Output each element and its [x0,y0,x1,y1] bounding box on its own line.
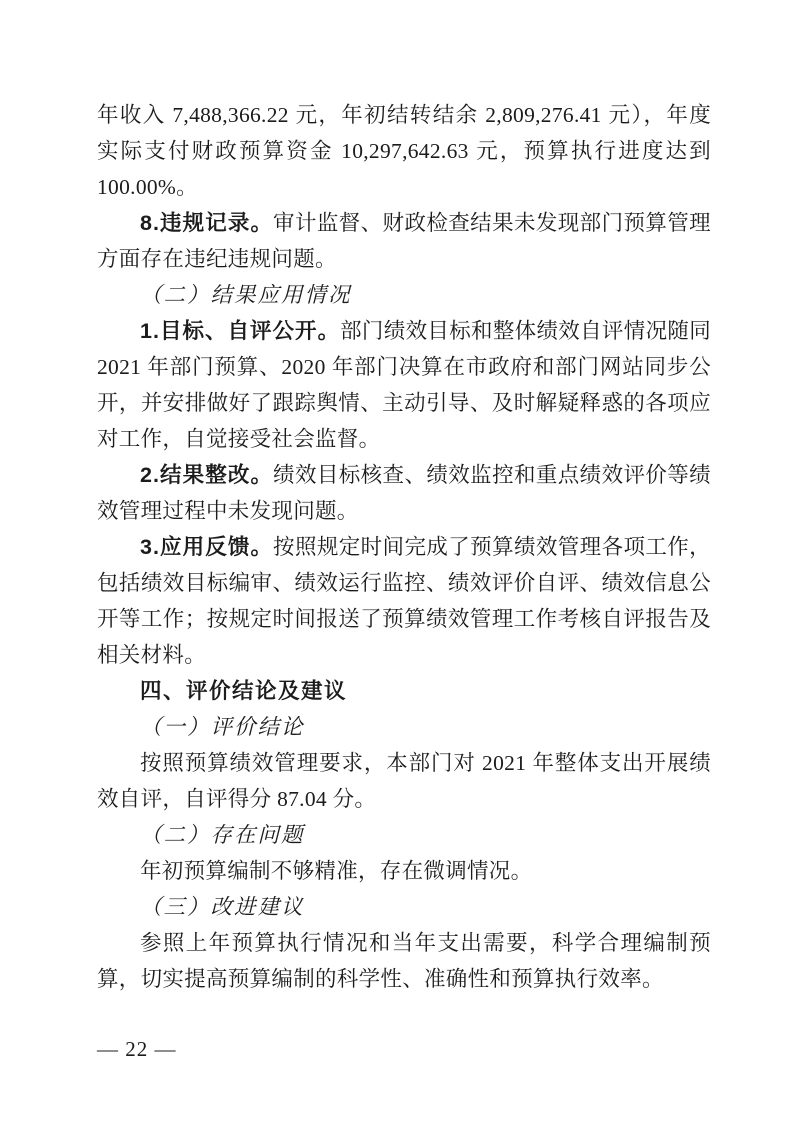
paragraph-text: 按照预算绩效管理要求，本部门对 2021 年整体支出开展绩效自评，自评得分 87… [97,751,711,811]
paragraph-lead: 1.目标、自评公开。 [140,319,340,343]
para-result-rectification: 2.结果整改。绩效目标核查、绩效监控和重点绩效评价等绩效管理过程中未发现问题。 [97,457,711,529]
para-suggestion-description: 参照上年预算执行情况和当年支出需要，科学合理编制预算，切实提高预算编制的科学性、… [97,925,711,997]
paragraph-lead: 3.应用反馈。 [140,535,273,559]
document-page: 年收入 7,488,366.22 元，年初结转结余 2,809,276.41 元… [0,0,793,1122]
para-problem-description: 年初预算编制不够精准，存在微调情况。 [97,853,711,889]
paragraph-lead: 2.结果整改。 [140,463,273,487]
paragraph-text: （三）改进建议 [140,895,305,919]
paragraph-text: 参照上年预算执行情况和当年支出需要，科学合理编制预算，切实提高预算编制的科学性、… [97,931,711,991]
paragraph-text: 年收入 7,488,366.22 元，年初结转结余 2,809,276.41 元… [97,103,711,199]
heading-conclusion-suggestions: 四、评价结论及建议 [97,673,711,709]
document-body: 年收入 7,488,366.22 元，年初结转结余 2,809,276.41 元… [97,97,711,997]
subheading-improvement-suggestions: （三）改进建议 [97,889,711,925]
para-self-eval-score: 按照预算绩效管理要求，本部门对 2021 年整体支出开展绩效自评，自评得分 87… [97,745,711,817]
paragraph-text: 年初预算编制不够精准，存在微调情况。 [140,859,532,883]
para-violation-record: 8.违规记录。审计监督、财政检查结果未发现部门预算管理方面存在违纪违规问题。 [97,205,711,277]
paragraph-text: （二）结果应用情况 [140,283,352,307]
subheading-result-application: （二）结果应用情况 [97,277,711,313]
para-application-feedback: 3.应用反馈。按照规定时间完成了预算绩效管理各项工作，包括绩效目标编审、绩效运行… [97,529,711,673]
paragraph-text: （一）评价结论 [140,715,305,739]
para-goal-self-eval-disclosure: 1.目标、自评公开。部门绩效目标和整体绩效自评情况随同 2021 年部门预算、2… [97,313,711,457]
subheading-existing-problems: （二）存在问题 [97,817,711,853]
paragraph-lead: 8.违规记录。 [140,211,273,235]
page-number: — 22 — [97,1036,177,1062]
para-budget-execution: 年收入 7,488,366.22 元，年初结转结余 2,809,276.41 元… [97,97,711,205]
paragraph-text: （二）存在问题 [140,823,305,847]
paragraph-text: 四、评价结论及建议 [140,679,347,703]
subheading-evaluation-conclusion: （一）评价结论 [97,709,711,745]
